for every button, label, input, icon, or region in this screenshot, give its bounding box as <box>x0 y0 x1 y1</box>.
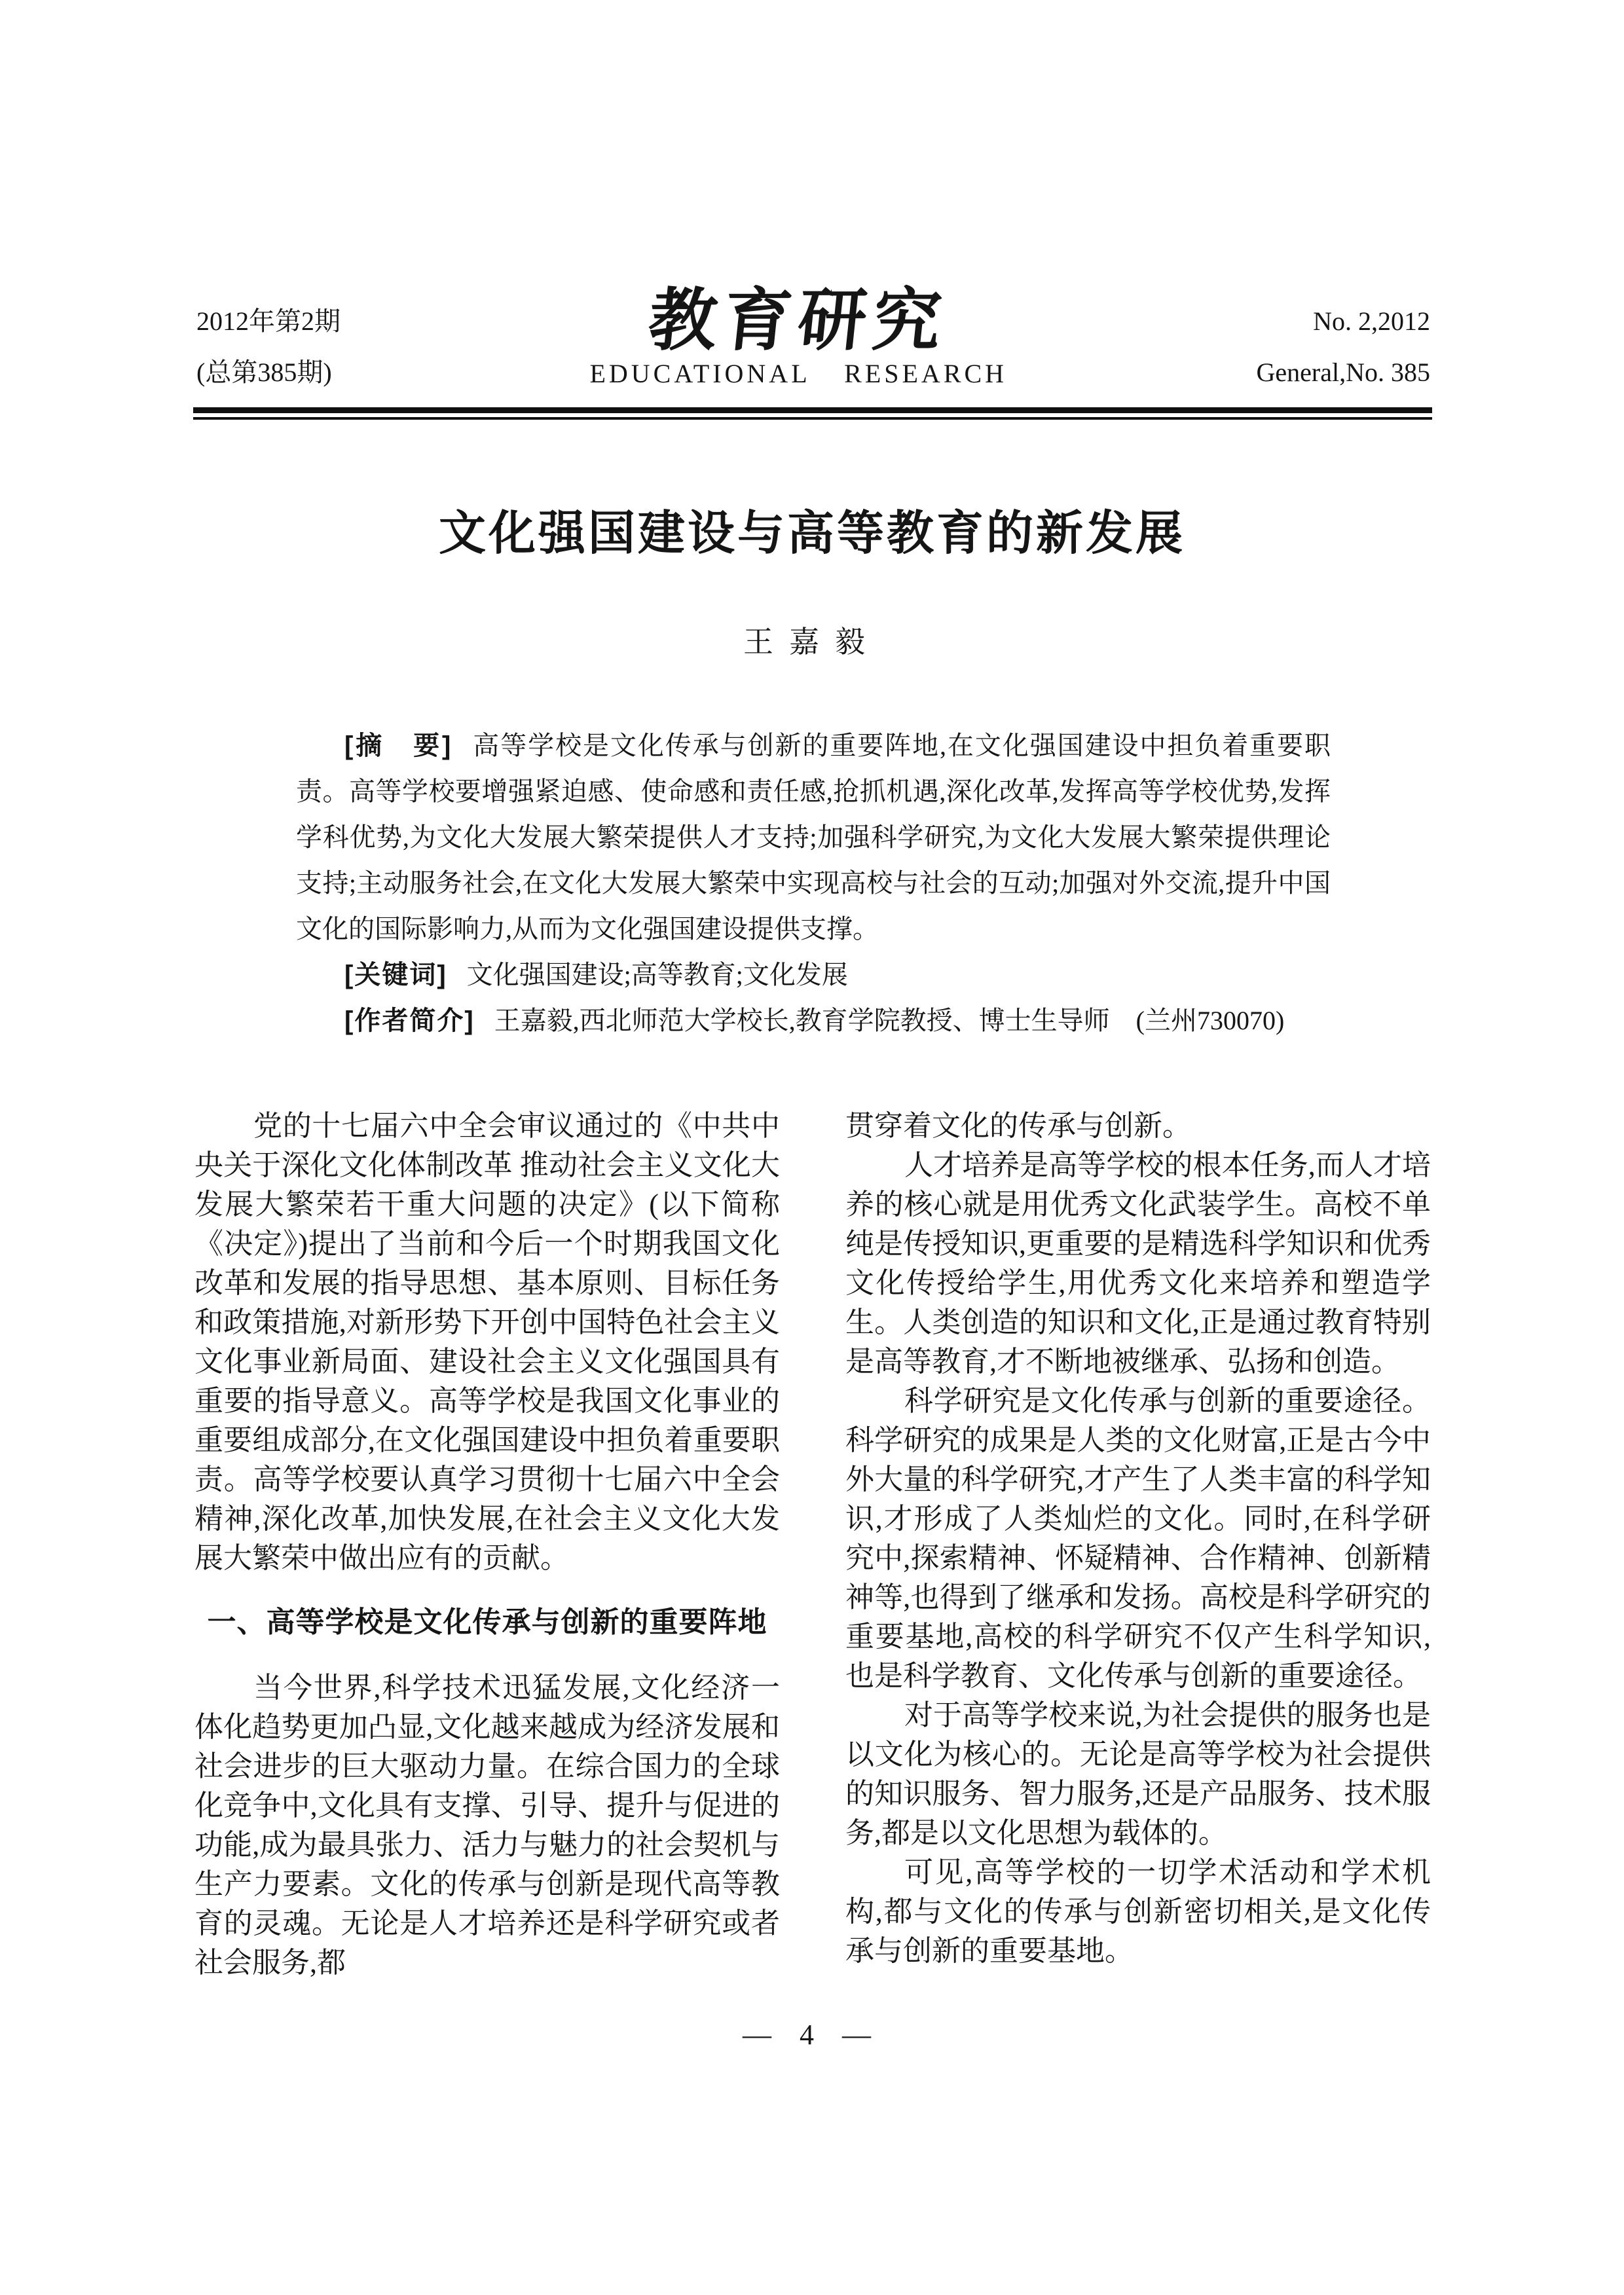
author-bio-paragraph: [作者简介]王嘉毅,西北师范大学校长,教育学院教授、博士生导师 (兰州73007… <box>296 998 1331 1044</box>
journal-page: 2012年第2期 (总第385期) 教育研究 EDUCATIONAL RESEA… <box>0 0 1624 2295</box>
issue-total-cn: (总第385期) <box>196 347 341 398</box>
page-number: — 4 — <box>0 2018 1624 2051</box>
keywords-paragraph: [关键词]文化强国建设;高等教育;文化发展 <box>296 952 1331 998</box>
body-paragraph-continuation: 贯穿着文化的传承与创新。 <box>845 1107 1431 1146</box>
issue-total-en: General,No. 385 <box>1257 347 1430 398</box>
journal-masthead: 2012年第2期 (总第385期) 教育研究 EDUCATIONAL RESEA… <box>196 296 1430 398</box>
abstract-paragraph: [摘 要]高等学校是文化传承与创新的重要阵地,在文化强国建设中担负着重要职责。高… <box>296 723 1331 952</box>
journal-logo: 教育研究 EDUCATIONAL RESEARCH <box>589 285 1007 389</box>
abstract-label: [摘 要] <box>344 731 452 760</box>
issue-info-en: No. 2,2012 General,No. 385 <box>1257 296 1430 398</box>
body-paragraph-research: 科学研究是文化传承与创新的重要途径。科学研究的成果是人类的文化财富,正是古今中外… <box>845 1382 1431 1696</box>
abstract-block: [摘 要]高等学校是文化传承与创新的重要阵地,在文化强国建设中担负着重要职责。高… <box>296 723 1331 1044</box>
article-author: 王嘉毅 <box>0 618 1624 661</box>
issue-info-cn: 2012年第2期 (总第385期) <box>196 296 341 398</box>
section-1-heading: 一、高等学校是文化传承与创新的重要阵地 <box>194 1603 780 1642</box>
issue-number-en: No. 2,2012 <box>1257 296 1430 347</box>
article-title: 文化强国建设与高等教育的新发展 <box>0 495 1624 563</box>
issue-number-cn: 2012年第2期 <box>196 296 341 347</box>
body-right-column: 贯穿着文化的传承与创新。 人才培养是高等学校的根本任务,而人才培养的核心就是用优… <box>845 1107 1431 1971</box>
masthead-double-rule <box>193 407 1432 420</box>
body-paragraph-service: 对于高等学校来说,为社会提供的服务也是以文化为核心的。无论是高等学校为社会提供的… <box>845 1696 1431 1853</box>
body-paragraph-intro: 党的十七届六中全会审议通过的《中共中央关于深化文化体制改革 推动社会主义文化大发… <box>194 1107 780 1578</box>
body-paragraph-world: 当今世界,科学技术迅猛发展,文化经济一体化趋势更加凸显,文化越来越成为经济发展和… <box>194 1668 780 1983</box>
abstract-text: 高等学校是文化传承与创新的重要阵地,在文化强国建设中担负着重要职责。高等学校要增… <box>296 731 1331 944</box>
author-bio-text: 王嘉毅,西北师范大学校长,教育学院教授、博士生导师 (兰州730070) <box>494 1006 1285 1035</box>
journal-logo-english: EDUCATIONAL RESEARCH <box>589 358 1007 389</box>
body-left-column: 党的十七届六中全会审议通过的《中共中央关于深化文化体制改革 推动社会主义文化大发… <box>194 1107 780 1983</box>
body-paragraph-talent: 人才培养是高等学校的根本任务,而人才培养的核心就是用优秀文化武装学生。高校不单纯… <box>845 1146 1431 1382</box>
journal-logo-calligraphy: 教育研究 <box>586 285 1011 357</box>
keywords-label: [关键词] <box>344 961 447 989</box>
author-bio-label: [作者简介] <box>344 1006 475 1035</box>
keywords-text: 文化强国建设;高等教育;文化发展 <box>467 960 848 989</box>
body-paragraph-conclusion: 可见,高等学校的一切学术活动和学术机构,都与文化的传承与创新密切相关,是文化传承… <box>845 1853 1431 1971</box>
